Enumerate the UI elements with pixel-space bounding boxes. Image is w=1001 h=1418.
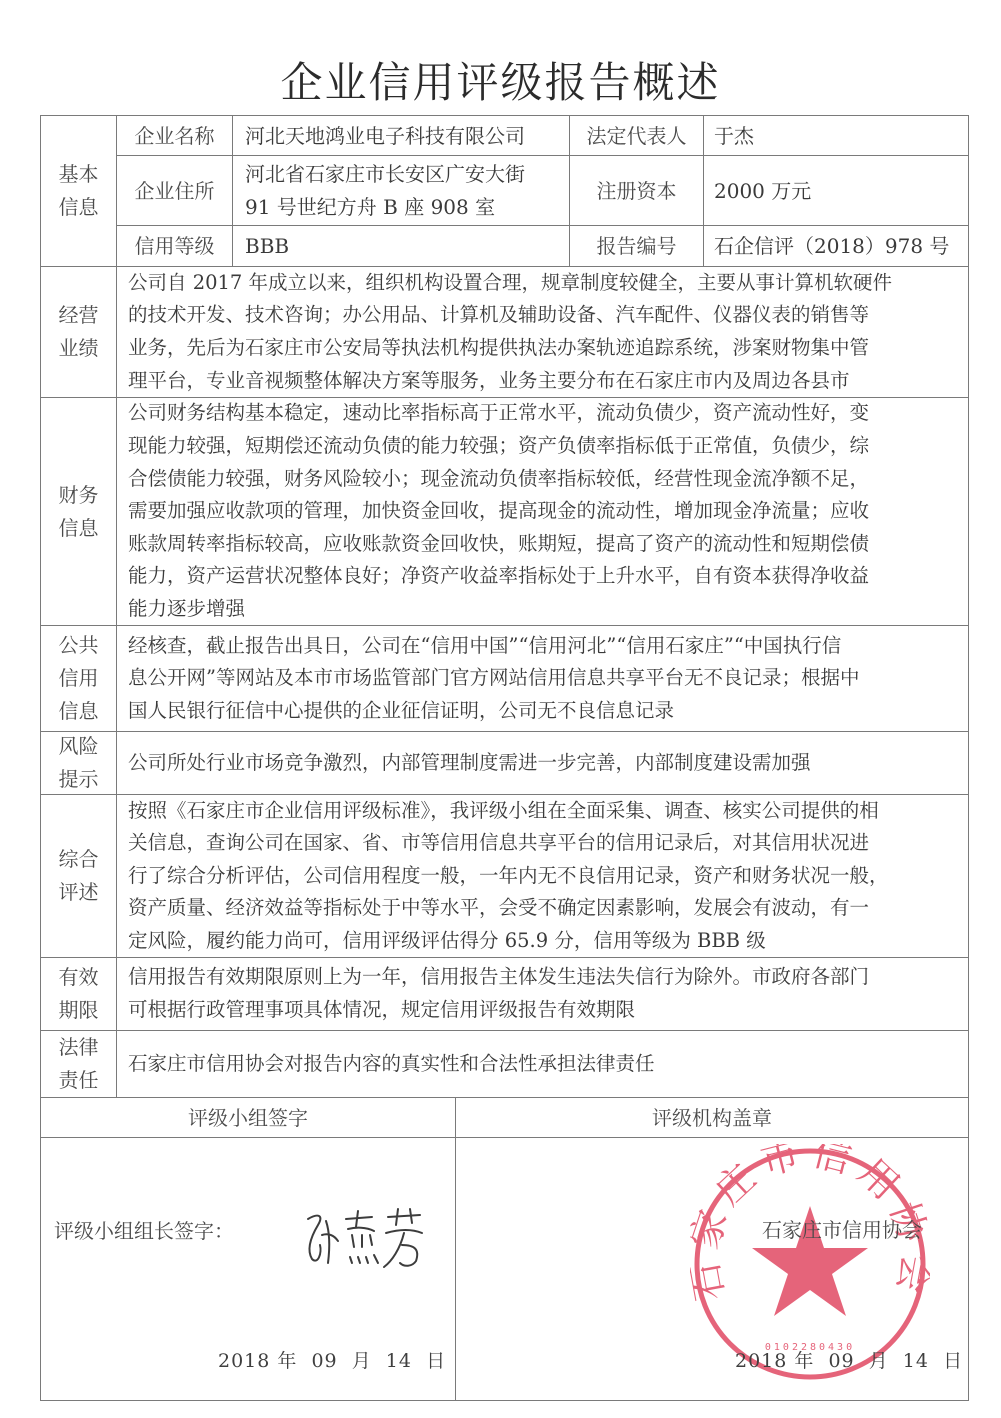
- text-line: 资产质量、经济效益等指标处于中等水平，会受不确定因素影响，发展会有波动，有一: [128, 892, 958, 925]
- label-line: 有效: [59, 961, 99, 994]
- text-line: 可根据行政管理事项具体情况，规定信用评级报告有效期限: [128, 994, 958, 1027]
- label-line: 信用: [59, 662, 99, 695]
- label-line: 基本: [59, 158, 99, 191]
- text-line: 息公开网”等网站及本市市场监管部门官方网站信用信息共享平台无不良记录；根据中: [128, 662, 958, 695]
- financial-section-label: 财务 信息: [40, 397, 117, 626]
- text-line: 石家庄市信用协会对报告内容的真实性和合法性承担法律责任: [128, 1048, 958, 1081]
- public-credit-section-label: 公共 信用 信息: [40, 625, 117, 732]
- leader-signature-label: 评级小组组长签字：: [54, 1215, 234, 1244]
- label-line: 信息: [59, 512, 99, 545]
- text-line: 公司所处行业市场竞争激烈，内部管理制度需进一步完善，内部制度建设需加强: [128, 747, 958, 780]
- text-line: 需要加强应收款项的管理，加快资金回收，提高现金的流动性，增加现金净流量；应收: [128, 495, 958, 528]
- org-seal-date: 2018 年 09 月 14 日: [735, 1346, 963, 1373]
- text-line: 账款周转率指标较高，应收账款资金回收快，账期短，提高了资产的流动性和短期偿债: [128, 528, 958, 561]
- summary-text: 按照《石家庄市企业信用评级标准》，我评级小组在全面采集、调查、核实公司提供的相 …: [116, 794, 969, 958]
- credit-grade-value: BBB: [232, 225, 570, 267]
- text-line: 现能力较强，短期偿还流动负债的能力较强；资产负债率指标低于正常值，负债少，综: [128, 430, 958, 463]
- risk-text: 公司所处行业市场竞争激烈，内部管理制度需进一步完善，内部制度建设需加强: [116, 731, 969, 795]
- label-line: 评述: [59, 876, 99, 909]
- text-line: 理平台，专业音视频整体解决方案等服务，业务主要分布在石家庄市内及周边各县市: [128, 365, 958, 398]
- operations-text: 公司自 2017 年成立以来，组织机构设置合理，规章制度较健全，主要从事计算机软…: [116, 266, 969, 398]
- text-line: 能力逐步增强: [128, 593, 958, 626]
- validity-text: 信用报告有效期限原则上为一年，信用报告主体发生违法失信行为除外。市政府各部门 可…: [116, 957, 969, 1031]
- text-line: 经核查，截止报告出具日，公司在“信用中国”“信用河北”“信用石家庄”“中国执行信: [128, 630, 958, 663]
- report-no-label: 报告编号: [569, 225, 704, 267]
- text-line: 按照《石家庄市企业信用评级标准》，我评级小组在全面采集、调查、核实公司提供的相: [128, 795, 958, 828]
- text-line: 国人民银行征信中心提供的企业征信证明，公司无不良信息记录: [128, 695, 958, 728]
- label-line: 综合: [59, 843, 99, 876]
- text-line: 公司财务结构基本稳定，速动比率指标高于正常水平，流动负债少，资产流动性好，变: [128, 397, 958, 430]
- report-no-value: 石企信评（2018）978 号: [703, 225, 969, 267]
- label-line: 法律: [59, 1031, 99, 1064]
- org-name: 石家庄市信用协会: [762, 1214, 922, 1243]
- text-line: 定风险，履约能力尚可，信用评级评估得分 65.9 分，信用等级为 BBB 级: [128, 925, 958, 958]
- address-value: 河北省石家庄市长安区广安大街 91 号世纪方舟 B 座 908 室: [232, 155, 570, 226]
- reg-capital-value: 2000 万元: [703, 155, 969, 226]
- team-signature-header: 评级小组签字: [40, 1097, 456, 1138]
- label-line: 信息: [59, 191, 99, 224]
- company-name-label: 企业名称: [116, 115, 233, 156]
- summary-section-label: 综合 评述: [40, 794, 117, 958]
- legal-rep-label: 法定代表人: [569, 115, 704, 156]
- label-line: 经营: [59, 299, 99, 332]
- text-line: 合偿债能力较强，财务风险较小；现金流动负债率指标较低，经营性现金流净额不足，: [128, 463, 958, 496]
- label-line: 信息: [59, 695, 99, 728]
- text-line: 的技术开发、技术咨询；办公用品、计算机及辅助设备、汽车配件、仪器仪表的销售等: [128, 299, 958, 332]
- label-line: 期限: [59, 994, 99, 1027]
- public-credit-text: 经核查，截止报告出具日，公司在“信用中国”“信用河北”“信用石家庄”“中国执行信…: [116, 625, 969, 732]
- text-line: 能力，资产运营状况整体良好；净资产收益率指标处于上升水平，自有资本获得净收益: [128, 560, 958, 593]
- label-line: 提示: [59, 763, 99, 796]
- legal-rep-value: 于杰: [703, 115, 969, 156]
- validity-section-label: 有效 期限: [40, 957, 117, 1031]
- text-line: 信用报告有效期限原则上为一年，信用报告主体发生违法失信行为除外。市政府各部门: [128, 961, 958, 994]
- team-sign-date: 2018 年 09 月 14 日: [218, 1346, 446, 1373]
- label-line: 财务: [59, 479, 99, 512]
- financial-text: 公司财务结构基本稳定，速动比率指标高于正常水平，流动负债少，资产流动性好，变 现…: [116, 397, 969, 626]
- text-line: 行了综合分析评估，公司信用程度一般，一年内无不良信用记录，资产和财务状况一般，: [128, 860, 958, 893]
- text-line: 公司自 2017 年成立以来，组织机构设置合理，规章制度较健全，主要从事计算机软…: [128, 267, 958, 300]
- label-line: 业绩: [59, 332, 99, 365]
- address-label: 企业住所: [116, 155, 233, 226]
- text-line: 业务，先后为石家庄市公安局等执法机构提供执法办案轨迹追踪系统，涉案财物集中管: [128, 332, 958, 365]
- handwritten-signature: [300, 1205, 440, 1275]
- address-line-2: 91 号世纪方舟 B 座 908 室: [245, 191, 495, 224]
- legal-text: 石家庄市信用协会对报告内容的真实性和合法性承担法律责任: [116, 1030, 969, 1098]
- text-line: 关信息，查询公司在国家、省、市等信用信息共享平台的信用记录后，对其信用状况进: [128, 827, 958, 860]
- label-line: 责任: [59, 1064, 99, 1097]
- operations-section-label: 经营 业绩: [40, 266, 117, 398]
- company-name-value: 河北天地鸿业电子科技有限公司: [232, 115, 570, 156]
- label-line: 公共: [59, 629, 99, 662]
- page-title: 企业信用评级报告概述: [0, 50, 1001, 110]
- address-line-1: 河北省石家庄市长安区广安大街: [245, 158, 525, 191]
- legal-section-label: 法律 责任: [40, 1030, 117, 1098]
- credit-grade-label: 信用等级: [116, 225, 233, 267]
- org-seal-header: 评级机构盖章: [455, 1097, 969, 1138]
- reg-capital-label: 注册资本: [569, 155, 704, 226]
- basic-info-section-label: 基本 信息: [40, 115, 117, 267]
- risk-section-label: 风险 提示: [40, 731, 117, 795]
- label-line: 风险: [59, 730, 99, 763]
